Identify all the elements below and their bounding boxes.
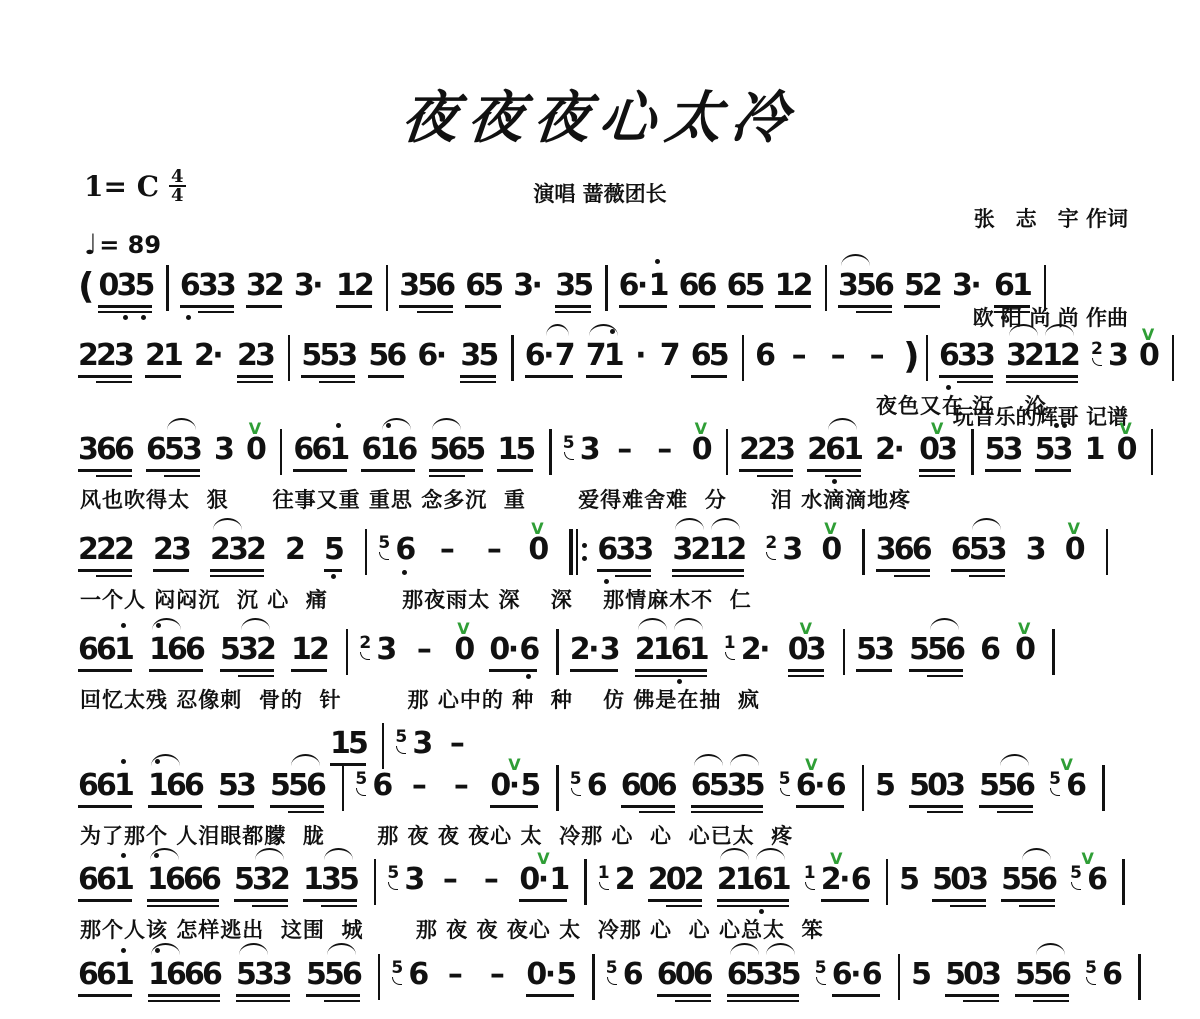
beam-underline (927, 675, 963, 678)
beam-underline (635, 669, 707, 672)
beam-underline (586, 375, 622, 378)
beam-underline (180, 305, 234, 308)
barline (1172, 335, 1174, 381)
beam-underline (78, 469, 132, 472)
beam-underline (336, 305, 372, 308)
barline (584, 859, 586, 905)
beam-underline (236, 994, 290, 997)
note-token: 03V (788, 632, 824, 672)
breath-mark-icon: V (695, 411, 707, 447)
grace-slur-icon (599, 882, 609, 890)
tie-arc (1022, 848, 1051, 860)
octave-dot (331, 574, 336, 579)
note-token: 3· (513, 268, 543, 308)
note-token: 035 (98, 268, 152, 308)
barline (1106, 529, 1108, 575)
octave-dot (121, 759, 126, 764)
barline (726, 429, 728, 475)
note-token: 53 (856, 632, 892, 672)
beam-underline (324, 569, 342, 572)
note-token: 532 (234, 862, 288, 902)
note-token: 1666 (147, 862, 219, 902)
note-token: 23 (153, 532, 189, 572)
note-token: 03V (919, 432, 955, 472)
beam-underline (490, 805, 538, 808)
tie-arc (239, 943, 268, 955)
duration-dash: – (444, 726, 470, 766)
note-token: 7 (660, 338, 678, 378)
grace-note: 5 (378, 535, 395, 552)
note-token: 232 (210, 532, 264, 572)
grace-slur-icon (1071, 882, 1081, 890)
beam-underline (526, 994, 574, 997)
notation-system-3: 36665330V6616165651553––0V2232612·03V535… (78, 432, 1164, 492)
beam-underline (927, 811, 963, 814)
beam-underline (570, 669, 618, 672)
note-token: 2 (285, 532, 303, 572)
beam-underline (148, 1000, 220, 1003)
beam-underline (939, 375, 993, 378)
breath-mark-icon: V (1081, 841, 1093, 877)
note-token: 0V (454, 632, 472, 672)
beam-underline (1006, 375, 1078, 378)
breath-mark-icon: V (457, 611, 469, 647)
note-token: 56 (1085, 957, 1120, 997)
grace-slur-icon (388, 882, 398, 890)
beam-underline (1006, 381, 1078, 384)
tie-arc (972, 518, 1001, 530)
note-token: 71 (586, 338, 622, 378)
note-token: 0·6 (489, 632, 537, 672)
note-token: 56 (391, 957, 426, 997)
barline (862, 529, 864, 575)
note-token: 653 (146, 432, 200, 472)
barline (1122, 859, 1124, 905)
beam-underline (739, 469, 793, 472)
beam-underline (675, 1000, 711, 1003)
grace-slur-icon (396, 746, 406, 754)
beam-underline (148, 805, 202, 808)
note-token: 503 (932, 862, 986, 902)
notation-system-9: 661166653355656––0·556606653556·65503556… (78, 957, 1152, 1017)
beam-underline (146, 469, 200, 472)
note-token: 616 (361, 432, 415, 472)
grace-slur-icon (571, 788, 581, 796)
barline (742, 335, 744, 381)
time-signature-denominator: 4 (171, 187, 184, 204)
note-token: 556 (1001, 862, 1055, 902)
note-token: 0V (1139, 338, 1157, 378)
note-token: 21 (145, 338, 181, 378)
beam-underline (788, 669, 824, 672)
note-token: 261 (807, 432, 861, 472)
note-token: 0·5 (526, 957, 574, 997)
barline (288, 335, 290, 381)
beam-underline (78, 899, 132, 902)
note-token: 503 (945, 957, 999, 997)
note-token: 12 (598, 862, 633, 902)
beam-underline (994, 311, 1030, 314)
tie-arc (167, 418, 196, 430)
grace-note: 5 (387, 865, 404, 882)
note-token: 532 (220, 632, 274, 672)
note-token: 3· (952, 268, 982, 308)
note-token: 633 (180, 268, 234, 308)
note-token: 1666 (148, 957, 220, 997)
beam-underline (288, 811, 324, 814)
beam-underline (825, 475, 861, 478)
beam-underline (950, 905, 986, 908)
grace-slur-icon (725, 652, 735, 660)
octave-dot (141, 315, 146, 320)
beam-underline (909, 669, 963, 672)
note-token: 606 (621, 768, 675, 808)
beam-underline (691, 811, 763, 814)
beam-underline (727, 305, 763, 308)
beam-underline (963, 1000, 999, 1003)
note-token: 633 (939, 338, 993, 378)
beam-underline (807, 469, 861, 472)
beam-underline (330, 763, 366, 766)
beam-underline (78, 569, 132, 572)
barline (605, 265, 607, 311)
beam-underline (775, 305, 811, 308)
note-token: 0V (821, 532, 839, 572)
note-token: 3212 (672, 532, 744, 572)
key-signature: 1= C 4 4 (84, 168, 186, 204)
performer-line: 演唱 蔷薇团长 (533, 178, 666, 208)
barline (862, 765, 864, 811)
beam-underline (832, 994, 880, 997)
note-token: 356 (838, 268, 892, 308)
octave-dot (123, 315, 128, 320)
note-token: 6·7 (525, 338, 573, 378)
breath-mark-icon: V (805, 747, 817, 783)
beam-underline (78, 805, 132, 808)
tempo-value: = 89 (99, 231, 161, 259)
beam-underline (147, 899, 219, 902)
grace-note: 5 (391, 960, 408, 977)
note-token: 53 (387, 862, 422, 902)
note-token: 2161 (717, 862, 789, 902)
note-token: 53 (395, 726, 430, 766)
note-token: 5 (899, 862, 917, 902)
grace-note: 2 (1091, 341, 1108, 358)
note-token: 135 (303, 862, 357, 902)
beam-underline (210, 569, 264, 572)
beam-underline (727, 1000, 799, 1003)
sheet-music-page: { "header": { "title": "夜夜夜心太冷", "singer… (0, 0, 1200, 1019)
duration-dash: – (406, 768, 432, 808)
note-token: 6535 (691, 768, 763, 808)
beam-underline (997, 811, 1033, 814)
beam-underline (236, 1000, 290, 1003)
beam-underline (838, 305, 892, 308)
note-token: 2· (194, 338, 224, 378)
grace-slur-icon (1092, 358, 1102, 366)
barline (1052, 629, 1054, 675)
note-token: 56·6V (779, 768, 844, 808)
beam-underline (96, 575, 132, 578)
note-token: 6 (755, 338, 773, 378)
note-token: 565 (429, 432, 483, 472)
note-token: 503 (909, 768, 963, 808)
note-token: 0V (246, 432, 264, 472)
beam-underline (821, 899, 869, 902)
breath-mark-icon: V (1119, 411, 1131, 447)
beam-underline (1035, 469, 1071, 472)
beam-underline (321, 905, 357, 908)
beam-underline (361, 469, 415, 472)
tie-arc (841, 254, 870, 266)
note-token: 56V (1070, 862, 1105, 902)
barline (342, 765, 344, 811)
beam-underline (96, 475, 132, 478)
barline (971, 429, 973, 475)
beam-underline (672, 575, 744, 578)
tempo-marking: ♩ = 89 (84, 228, 161, 261)
grace-note: 5 (563, 435, 580, 452)
breath-mark-icon: V (508, 747, 520, 783)
octave-dot (526, 674, 531, 679)
note-token: 53 (1035, 432, 1071, 472)
note-token: 6 (980, 632, 998, 672)
note-token: 223 (78, 338, 132, 378)
beam-underline (145, 375, 181, 378)
grace-note: 5 (815, 960, 832, 977)
note-token: 2· (875, 432, 905, 472)
note-token: 53 (218, 768, 254, 808)
grace-note: 2 (765, 535, 782, 552)
note-token: 12 (336, 268, 372, 308)
beam-underline (635, 675, 707, 678)
tie-arc (674, 618, 703, 630)
note-token: 56 (355, 768, 390, 808)
grace-note: 5 (355, 771, 372, 788)
beam-underline (657, 994, 711, 997)
close-paren: ) (903, 338, 919, 376)
notation-system-1: (035633323·12356653·356·1666512356523·61 (78, 268, 1057, 328)
duration-dash: – (786, 338, 812, 378)
tie-arc (327, 943, 356, 955)
note-token: 56V (1049, 768, 1084, 808)
beam-underline (648, 899, 702, 902)
barline (1138, 954, 1140, 1000)
breath-mark-icon: V (531, 511, 543, 547)
octave-dot (759, 909, 764, 914)
barline (386, 265, 388, 311)
tie-arc (151, 754, 180, 766)
beam-underline (78, 994, 132, 997)
beam-underline (796, 805, 844, 808)
grace-note: 5 (1085, 960, 1102, 977)
note-token: 56 (570, 768, 605, 808)
breath-mark-icon: V (1142, 317, 1154, 353)
note-token: 202 (648, 862, 702, 902)
tie-arc (638, 618, 667, 630)
breath-mark-icon: V (249, 411, 261, 447)
note-token: 661 (78, 957, 132, 997)
beam-underline (909, 805, 963, 808)
beam-underline (788, 675, 824, 678)
beam-underline (666, 905, 702, 908)
note-token: 5 (875, 768, 893, 808)
beam-underline (969, 575, 1005, 578)
beam-underline (460, 375, 496, 378)
beam-underline (303, 899, 357, 902)
beam-underline (932, 899, 986, 902)
tie-arc (930, 618, 959, 630)
barline (374, 859, 376, 905)
note-token: 5 (911, 957, 929, 997)
grace-slur-icon (392, 977, 402, 985)
grace-slur-icon (816, 977, 826, 985)
beam-underline (218, 805, 254, 808)
beam-underline (238, 675, 274, 678)
beam-underline (149, 669, 203, 672)
note-token: 223 (739, 432, 793, 472)
grace-slur-icon (780, 788, 790, 796)
grace-slur-icon (805, 882, 815, 890)
note-token: 12 (291, 632, 327, 672)
beam-underline (619, 305, 667, 308)
beam-underline (147, 905, 219, 908)
beam-underline (489, 669, 537, 672)
octave-dot (832, 479, 837, 484)
barline (825, 265, 827, 311)
beam-underline (979, 805, 1033, 808)
note-token: 1 (1085, 432, 1103, 472)
note-token: 3· (294, 268, 324, 308)
grace-note: 5 (570, 771, 587, 788)
duration-dash: – (448, 768, 474, 808)
note-token: 65 (465, 268, 501, 308)
barline (166, 265, 168, 311)
barline (280, 429, 282, 475)
beam-underline (368, 375, 404, 378)
barline (549, 429, 551, 475)
tie-arc (694, 754, 723, 766)
octave-dot (946, 385, 951, 390)
barline (843, 629, 845, 675)
note-token: 366 (78, 432, 132, 472)
duration-dash: – (411, 632, 437, 672)
notation-system-4: 222232322556––0V6333212230V36665330V (78, 532, 1119, 592)
beam-underline (945, 994, 999, 997)
note-token: 23 (237, 338, 273, 378)
note-token: 553 (301, 338, 355, 378)
grace-slur-icon (1050, 788, 1060, 796)
beam-underline (429, 469, 483, 472)
beam-underline (324, 1000, 360, 1003)
note-token: 556 (270, 768, 324, 808)
duration-dash: – (612, 432, 638, 472)
tie-arc (1000, 754, 1029, 766)
grace-slur-icon (379, 552, 389, 560)
barline (592, 954, 594, 1000)
note-token: 56 (606, 957, 641, 997)
tie-arc (432, 418, 461, 430)
beam-underline (497, 469, 533, 472)
beam-underline (98, 311, 152, 314)
grace-slur-icon (356, 788, 366, 796)
note-token: 2·3 (570, 632, 618, 672)
duration-dash: – (825, 338, 851, 378)
barline (378, 954, 380, 1000)
note-token: 653 (951, 532, 1005, 572)
tie-arc (828, 418, 857, 430)
note-token: 556 (1015, 957, 1069, 997)
key-label: 1= C (84, 170, 159, 203)
barline (346, 629, 348, 675)
note-token: 65 (727, 268, 763, 308)
octave-dot (402, 570, 407, 575)
note-token: 356 (399, 268, 453, 308)
tie-arc (1036, 943, 1065, 955)
note-token: 52 (904, 268, 940, 308)
tie-arc (711, 518, 740, 530)
barline (382, 723, 384, 769)
beam-underline (98, 305, 152, 308)
beam-underline (1001, 899, 1055, 902)
quarter-note-icon: ♩ (84, 228, 97, 261)
breath-mark-icon: V (830, 841, 842, 877)
note-token: 661 (78, 862, 132, 902)
tie-arc (766, 943, 795, 955)
beam-underline (220, 669, 274, 672)
beam-underline (1019, 905, 1055, 908)
breath-mark-icon: V (537, 841, 549, 877)
beam-underline (306, 994, 360, 997)
notation-system-8: 661166653213553––0·1V12202216112·6V55035… (78, 862, 1136, 922)
beam-underline (1033, 1000, 1069, 1003)
grace-note: 2 (359, 635, 376, 652)
note-token: · (635, 338, 647, 378)
barline (886, 859, 888, 905)
beam-underline (519, 899, 567, 902)
barline (926, 335, 928, 381)
note-token: 6·1 (619, 268, 667, 308)
note-token: 12 (775, 268, 811, 308)
note-token: 23 (765, 532, 800, 572)
open-paren: ( (78, 268, 94, 306)
beam-underline (691, 375, 727, 378)
note-token: 61 (994, 268, 1030, 308)
beam-underline (615, 575, 651, 578)
repeat-start-sign (569, 529, 587, 575)
beam-underline (293, 469, 347, 472)
beam-underline (856, 311, 892, 314)
note-token: 2161 (635, 632, 707, 672)
note-token: 53 (563, 432, 598, 472)
note-token: 661 (78, 632, 132, 672)
beam-underline (291, 669, 327, 672)
beam-underline (153, 569, 189, 572)
beam-underline (679, 305, 715, 308)
tie-arc (382, 418, 411, 430)
note-token: 661 (293, 432, 347, 472)
note-token: 222 (78, 532, 132, 572)
beam-underline (460, 381, 496, 384)
beam-underline (904, 305, 940, 308)
octave-dot (186, 315, 191, 320)
note-token: 0·5V (490, 768, 538, 808)
beam-underline (919, 475, 955, 478)
note-token: 6535 (727, 957, 799, 997)
note-token: 3 (214, 432, 232, 472)
beam-underline (417, 311, 453, 314)
beam-underline (985, 469, 1021, 472)
